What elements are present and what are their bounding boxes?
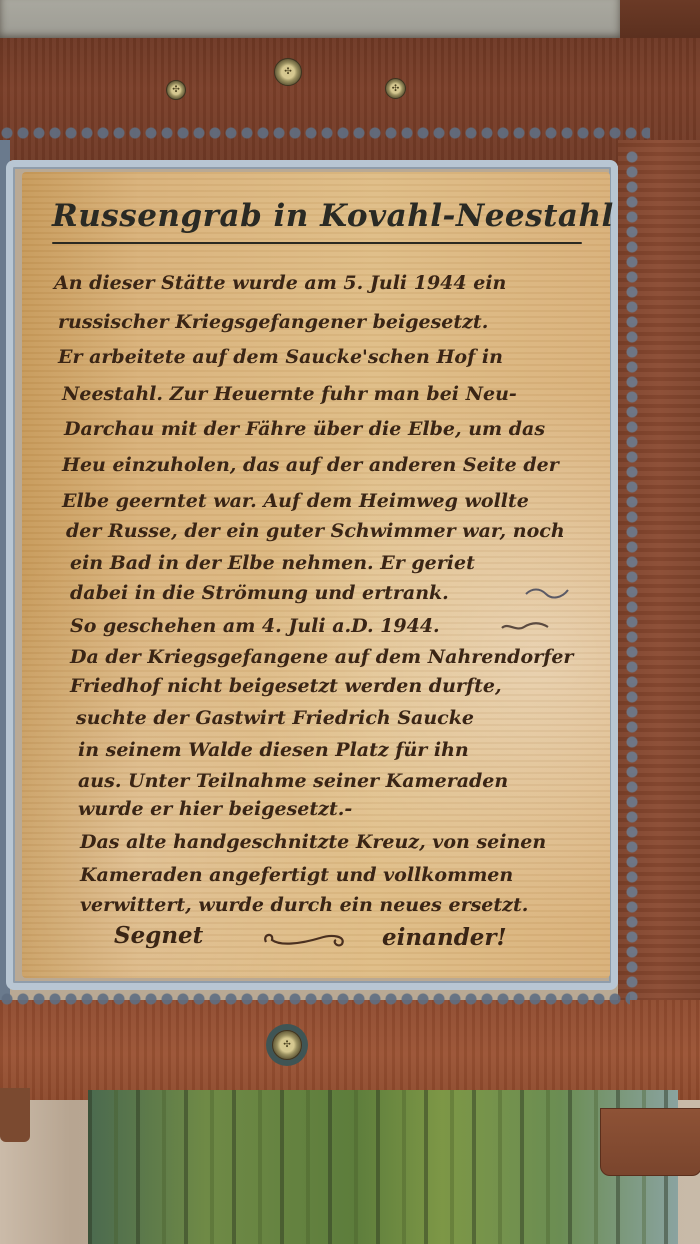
mount-bracket-right xyxy=(600,1108,700,1176)
text-line: aus. Unter Teilnahme seiner Kameraden xyxy=(78,770,666,792)
text-line: Heu einzuholen, das auf der anderen Seit… xyxy=(62,454,650,476)
sign-title: Russengrab in Kovahl-Neestahl xyxy=(52,198,592,234)
frame-top-rail xyxy=(0,38,700,166)
nail-row-top xyxy=(0,126,650,140)
flourish-ornament xyxy=(522,586,572,600)
text-line: Da der Kriegsgefangene auf dem Nahrendor… xyxy=(70,646,658,668)
closing-word-right: einander! xyxy=(382,924,507,951)
flourish-ornament xyxy=(500,620,550,634)
text-line: russischer Kriegsgefangener beigesetzt. xyxy=(58,311,646,333)
text-line: Darchau mit der Fähre über die Elbe, um … xyxy=(64,418,652,440)
sign-text-block: Russengrab in Kovahl-Neestahl An dieser … xyxy=(22,172,610,978)
nail-row-bottom xyxy=(0,992,630,1006)
screw-icon xyxy=(385,78,406,99)
text-line: Neestahl. Zur Heuernte fuhr man bei Neu- xyxy=(62,383,650,405)
text-line: Friedhof nicht beigesetzt werden durfte, xyxy=(70,675,658,697)
text-line: der Russe, der ein guter Schwimmer war, … xyxy=(66,520,654,542)
screw-icon xyxy=(274,58,302,86)
text-line: suchte der Gastwirt Friedrich Saucke xyxy=(76,707,664,729)
mount-bracket-left xyxy=(0,1088,30,1142)
text-line: Er arbeitete auf dem Saucke'schen Hof in xyxy=(58,346,646,368)
flourish-ornament xyxy=(260,930,350,950)
text-line: An dieser Stätte wurde am 5. Juli 1944 e… xyxy=(54,272,642,294)
text-line: wurde er hier beigesetzt.- xyxy=(78,798,666,820)
text-line: So geschehen am 4. Juli a.D. 1944. xyxy=(70,615,658,637)
closing-word-left: Segnet xyxy=(114,922,203,949)
wall-background-strip xyxy=(0,0,620,42)
frame-corner xyxy=(620,0,700,42)
text-line: ein Bad in der Elbe nehmen. Er geriet xyxy=(70,552,658,574)
screw-icon xyxy=(272,1030,302,1060)
screw-icon xyxy=(166,80,186,100)
tree-trunk xyxy=(88,1090,678,1244)
text-line: Elbe geerntet war. Auf dem Heimweg wollt… xyxy=(62,490,650,512)
title-underline xyxy=(52,242,582,244)
text-line: verwittert, wurde durch ein neues ersetz… xyxy=(80,894,668,916)
text-line: Das alte handgeschnitzte Kreuz, von sein… xyxy=(80,831,668,853)
text-line: Kameraden angefertigt und vollkommen xyxy=(80,864,668,886)
memorial-sign-board: Russengrab in Kovahl-Neestahl An dieser … xyxy=(22,172,610,978)
text-line: in seinem Walde diesen Platz für ihn xyxy=(78,739,666,761)
